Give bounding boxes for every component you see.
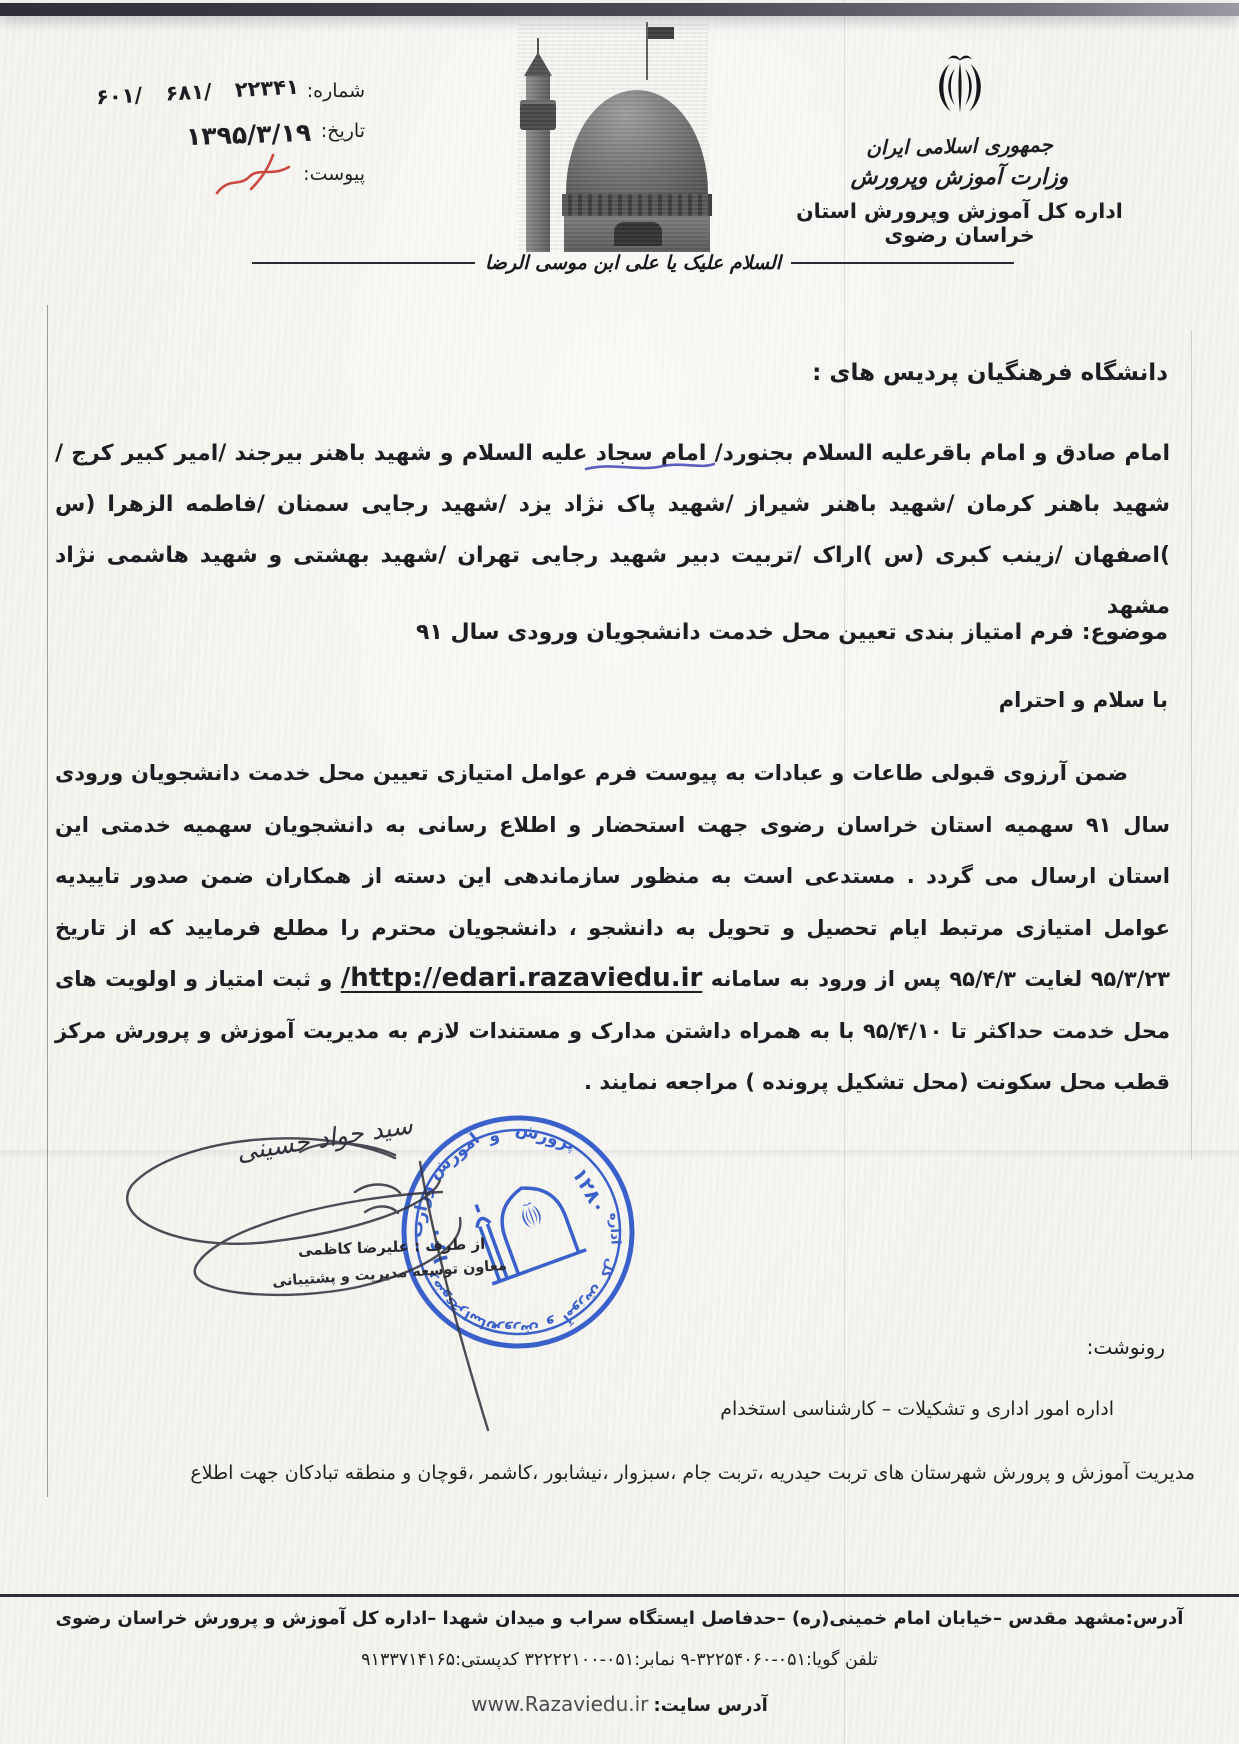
date-value: ۱۳۹۵/۳/۱۹ — [185, 118, 311, 151]
site-url: www.Razaviedu.ir — [471, 1692, 648, 1716]
footer-address: آدرس:مشهد مقدس –خیابان امام خمینی(ره) –ح… — [0, 1608, 1239, 1629]
attachment-red-mark-icon — [209, 147, 297, 203]
letter-body: ضمن آرزوی قبولی طاعات و عبادات به پیوست … — [55, 748, 1170, 1109]
cc-item: اداره امور اداری و تشکیلات – کارشناسی اس… — [720, 1398, 1114, 1420]
body-text-before-url: ضمن آرزوی قبولی طاعات و عبادات به پیوست … — [55, 761, 1170, 991]
meta-date-row: تاریخ: ۱۳۹۵/۳/۱۹ — [20, 120, 365, 149]
number-value: ۲۲۳۴۱ /۶۸۱ /۶۰۱ — [95, 75, 299, 110]
calligraphy-rule-left — [252, 262, 475, 264]
iran-emblem-icon — [925, 50, 995, 127]
paper-edge-right — [1191, 330, 1192, 1160]
footer-phone-line: تلفن گویا:۰۵۱-۳۲۲۵۴۰۶۰-۹ نمابر:۰۵۱-۳۲۲۲۲… — [0, 1650, 1239, 1670]
pen-underline-icon — [583, 459, 718, 475]
calligraphy-text: السلام علیک یا علی ابن موسی الرضا — [475, 252, 791, 274]
addressee-heading: دانشگاه فرهنگیان پردیس های : — [812, 360, 1168, 386]
scan-edge-shadow — [0, 3, 1239, 16]
letterhead-department: اداره کل آموزش وپرورش استان خراسان رضوی — [792, 199, 1127, 247]
attachment-label: پیوست: — [303, 163, 365, 185]
letterhead: جمهوری اسلامی ایران وزارت آموزش وپرورش ا… — [792, 50, 1127, 247]
cc-item: مدیریت آموزش و پرورش شهرستان های تربت حی… — [190, 1462, 1195, 1484]
shrine-image — [518, 22, 708, 252]
meta-attachment-row: پیوست: — [20, 163, 365, 203]
date-label: تاریخ: — [321, 120, 365, 142]
letterhead-country: جمهوری اسلامی ایران — [792, 131, 1127, 161]
paper-edge-left — [47, 305, 48, 1497]
calligraphy-rule-right — [791, 262, 1014, 264]
letter-meta: شماره: ۲۲۳۴۱ /۶۸۱ /۶۰۱ تاریخ: ۱۳۹۵/۳/۱۹ … — [20, 80, 365, 203]
salutation: با سلام و احترام — [999, 688, 1168, 712]
subject-line: موضوع: فرم امتیاز بندی تعیین محل خدمت دا… — [416, 620, 1168, 645]
portal-url: http://edari.razaviedu.ir/ — [341, 963, 703, 993]
meta-number-row: شماره: ۲۲۳۴۱ /۶۸۱ /۶۰۱ — [20, 80, 365, 104]
letterhead-ministry: وزارت آموزش وپرورش — [792, 165, 1127, 190]
footer-separator — [0, 1594, 1239, 1597]
footer-site-line: آدرس سایت: www.Razaviedu.ir — [0, 1692, 1239, 1716]
calligraphy-band: السلام علیک یا علی ابن موسی الرضا — [252, 252, 1014, 274]
site-label: آدرس سایت: — [654, 1695, 768, 1716]
cc-label: رونوشت: — [1087, 1335, 1165, 1359]
photo-grain — [518, 22, 708, 252]
number-label: شماره: — [307, 80, 365, 102]
